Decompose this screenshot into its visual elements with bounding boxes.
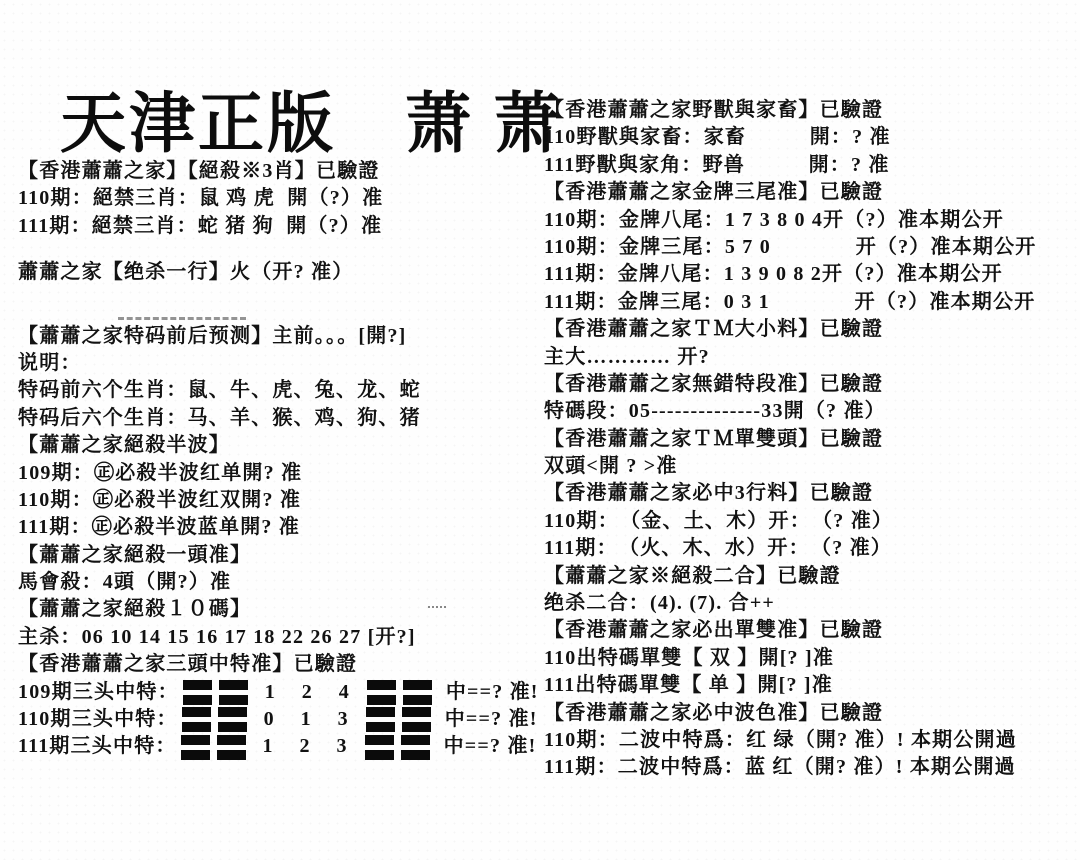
hex-number: 3 xyxy=(325,706,362,733)
text-line: 111期：二波中特爲：蓝 红（開? 准）! 本期公開過 xyxy=(544,754,1074,781)
scanned-lottery-sheet: 天津正版 萧 萧 【香港蕭蕭之家】【絕殺※3肖】已驗證 110期：絕禁三肖：鼠 … xyxy=(0,0,1080,860)
hex-row-prefix: 109期三头中特： xyxy=(18,679,179,706)
text-line: 110期：金牌三尾：5 7 0 开（?）准本期公开 xyxy=(544,234,1074,261)
hex-number: 3 xyxy=(324,733,361,760)
section-header: 【香港蕭蕭之家必出單雙准】已驗證 xyxy=(544,617,1074,644)
text-line: 双頭<開 ? >准 xyxy=(544,453,1074,480)
text-line: 特码后六个生肖：马、羊、猴、鸡、狗、猪 xyxy=(18,405,543,432)
section-header: 【蕭蕭之家絕殺半波】 xyxy=(18,432,543,459)
hex-number: 2 xyxy=(289,679,326,706)
section-header: 【香港蕭蕭之家ＴＭ大小料】已驗證 xyxy=(544,316,1074,343)
text-line: 主大………… 开? xyxy=(544,344,1074,371)
text-line: 111期： （火、木、水）开： （? 准） xyxy=(544,535,1074,562)
right-column: 【香港蕭蕭之家野獸與家畜】已驗證 110野獸與家畜：家畜 開：? 准 111野獸… xyxy=(544,97,1074,782)
text-line: 110期：二波中特爲：红 绿（開? 准）! 本期公開過 xyxy=(544,727,1074,754)
hexagram-bars-icon xyxy=(182,707,247,732)
hex-row-suffix: 中==? 准! xyxy=(446,679,539,706)
section-header: 【蕭蕭之家※絕殺二合】已驗證 xyxy=(544,563,1074,590)
hex-row-suffix: 中==? 准! xyxy=(445,706,538,733)
hex-number: 2 xyxy=(287,733,324,760)
section-header: 【蕭蕭之家絕殺一頭准】 xyxy=(18,542,543,569)
text-line: 主杀：06 10 14 15 16 17 18 22 26 27 [开?] xyxy=(18,624,543,651)
text-line: 特码前六个生肖：鼠、牛、虎、兔、龙、蛇 xyxy=(18,377,543,404)
hex-row-prefix: 111期三头中特： xyxy=(18,733,177,760)
hexagram-row: 111期三头中特： 1 2 3 中==? 准! xyxy=(18,733,543,760)
section-header: 【蕭蕭之家特码前后预测】主前。。。[開?] xyxy=(18,323,543,350)
hexagram-row: 110期三头中特： 0 1 3 中==? 准! xyxy=(18,706,543,733)
hex-number: 4 xyxy=(326,679,363,706)
text-line: 110出特碼單雙【 双 】開[? ]准 xyxy=(544,645,1074,672)
text-line: 111期：㊣必殺半波蓝单開? 准 xyxy=(18,514,543,541)
section-header: 【香港蕭蕭之家金牌三尾准】已驗證 xyxy=(544,179,1074,206)
hexagram-row: 109期三头中特： 1 2 4 中==? 准! xyxy=(18,679,543,706)
section-header: 【香港蕭蕭之家必中波色准】已驗證 xyxy=(544,700,1074,727)
hexagram-bars-icon xyxy=(367,680,432,705)
text-line: 110期：絕禁三肖：鼠 鸡 虎 開（?）准 xyxy=(18,185,543,212)
text-line: 说明： xyxy=(18,350,543,377)
hex-number: 1 xyxy=(252,679,289,706)
text-line: 109期：㊣必殺半波红单開? 准 xyxy=(18,460,543,487)
page-title: 天津正版 萧 萧 xyxy=(60,70,563,165)
hex-row-suffix: 中==? 准! xyxy=(444,733,537,760)
text-line: 绝杀二合：(4). (7). 合++ xyxy=(544,590,1074,617)
hexagram-bars-icon xyxy=(181,735,246,760)
left-column: 【香港蕭蕭之家】【絕殺※3肖】已驗證 110期：絕禁三肖：鼠 鸡 虎 開（?）准… xyxy=(18,158,543,761)
section-header: 【香港蕭蕭之家ＴＭ單雙頭】已驗證 xyxy=(544,426,1074,453)
hexagram-bars-icon xyxy=(183,680,248,705)
text-line: 111期：金牌八尾：1 3 9 0 8 2开（?）准本期公开 xyxy=(544,261,1074,288)
section-header: 【蕭蕭之家絕殺１０碼】 xyxy=(18,596,543,623)
section-header: 【香港蕭蕭之家必中3行料】已驗證 xyxy=(544,480,1074,507)
hex-number: 1 xyxy=(250,733,287,760)
hexagram-bars-icon xyxy=(366,707,431,732)
hex-number: 0 xyxy=(251,706,288,733)
hex-row-prefix: 110期三头中特： xyxy=(18,706,178,733)
text-line: 馬會殺：4頭（開?）准 xyxy=(18,569,543,596)
text-line: 110期：金牌八尾：1 7 3 8 0 4开（?）准本期公开 xyxy=(544,207,1074,234)
section-header: 【香港蕭蕭之家】【絕殺※3肖】已驗證 xyxy=(18,158,543,185)
text-line: 111期：絕禁三肖：蛇 猪 狗 開（?）准 xyxy=(18,213,543,240)
hexagram-bars-icon xyxy=(365,735,430,760)
text-line: 110期： （金、土、木）开： （? 准） xyxy=(544,508,1074,535)
text-line: 111期：金牌三尾：0 3 1 开（?）准本期公开 xyxy=(544,289,1074,316)
section-header: 【香港蕭蕭之家野獸與家畜】已驗證 xyxy=(544,97,1074,124)
text-line: 110期：㊣必殺半波红双開? 准 xyxy=(18,487,543,514)
text-line: 111出特碼單雙【 单 】開[? ]准 xyxy=(544,672,1074,699)
text-line: 蕭蕭之家【绝杀一行】火（开? 准） xyxy=(18,259,543,286)
text-line: 111野獸與家角：野兽 開：? 准 xyxy=(544,152,1074,179)
text-line: 110野獸與家畜：家畜 開：? 准 xyxy=(544,124,1074,151)
hex-number: 1 xyxy=(288,706,325,733)
section-header: 【香港蕭蕭之家三頭中特准】已驗證 xyxy=(18,651,543,678)
text-line: 特碼段：05--------------33開（? 准） xyxy=(544,398,1074,425)
section-header: 【香港蕭蕭之家無錯特段准】已驗證 xyxy=(544,371,1074,398)
